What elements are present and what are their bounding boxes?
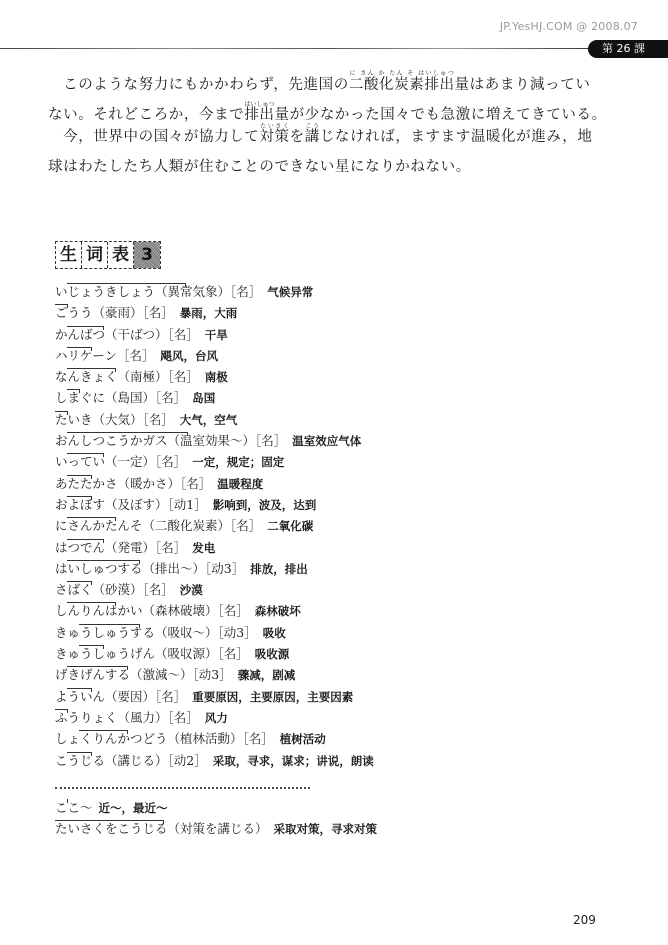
vocab-kanji: （大気） xyxy=(93,412,143,427)
vocab-part-of-speech: ［名］ xyxy=(168,369,199,384)
vocab-meaning: 森林破坏 xyxy=(255,604,301,618)
vocab-part-of-speech: ［名］ xyxy=(143,305,174,320)
vocab-part-of-speech: ［名］ xyxy=(230,518,261,533)
vocab-kanji: （砂漠） xyxy=(93,582,143,597)
pitch-accent-mark xyxy=(67,326,104,330)
vocab-reading: きゅうしゅうげん xyxy=(55,646,155,661)
paragraph-line: このような努力にもかかわらず，先進国の二酸化炭素排出に さん か たん そ はい… xyxy=(48,70,628,100)
pitch-accent-mark xyxy=(67,539,104,543)
pitch-accent-mark xyxy=(55,709,68,713)
vocab-entry: ふうりょく（風力）［名］风力 xyxy=(55,707,615,728)
pitch-accent-mark xyxy=(55,411,68,415)
pitch-accent-mark xyxy=(67,581,92,585)
vocab-part-of-speech: ［名］ xyxy=(155,454,186,469)
vocab-meaning: 南极 xyxy=(205,370,228,384)
vocab-list: いじょうきしょう（異常気象）［名］气候异常ごうう（豪雨）［名］暴雨，大雨かんばつ… xyxy=(55,281,615,771)
vocab-entry: げきげんする（激減～）［动3］骤减，剧减 xyxy=(55,664,615,685)
vocab-meaning: 采取，寻求，谋求；讲说，朗读 xyxy=(213,754,374,768)
vocab-title-char: 表 xyxy=(108,242,134,268)
vocab-meaning: 飓风，台风 xyxy=(161,349,219,363)
header-rule xyxy=(0,48,600,49)
vocab-entry: しょくりんかつどう（植林活動）［名］植树活动 xyxy=(55,728,615,749)
vocab-kanji: （一定） xyxy=(105,454,155,469)
vocab-entry: ごうう（豪雨）［名］暴雨，大雨 xyxy=(55,302,615,323)
pitch-accent-mark xyxy=(67,347,92,351)
vocab-meaning: 二氧化碳 xyxy=(267,519,313,533)
vocab-meaning: 风力 xyxy=(205,711,228,725)
vocab-part-of-speech: ［名］ xyxy=(218,646,249,661)
vocab-part-of-speech: ［名］ xyxy=(218,603,249,618)
pitch-accent-mark xyxy=(67,560,140,564)
pitch-accent-mark xyxy=(79,645,104,649)
vocab-part-of-speech: ［动3］ xyxy=(205,561,244,576)
vocab-entry: あたたかさ（暖かさ）［名］温暖程度 xyxy=(55,473,615,494)
vocab-kanji: （暖かさ） xyxy=(118,476,181,491)
vocab-kanji: （及ぼす） xyxy=(105,497,168,512)
pitch-accent-mark xyxy=(67,496,92,500)
vocab-meaning: 温暖程度 xyxy=(217,477,263,491)
vocab-meaning: 植树活动 xyxy=(280,732,326,746)
pitch-accent-mark xyxy=(67,602,116,606)
vocab-meaning: 骤减，剧减 xyxy=(238,668,296,682)
vocab-kanji: （二酸化炭素） xyxy=(143,518,231,533)
vocab-reading: ここ～ xyxy=(55,800,93,815)
pitch-accent-mark xyxy=(67,389,80,393)
vocab-meaning: 沙漠 xyxy=(180,583,203,597)
vocab-entry: たいき（大気）［名］大气，空气 xyxy=(55,409,615,430)
pitch-accent-mark xyxy=(55,820,164,824)
pitch-accent-mark xyxy=(67,453,104,457)
vocab-kanji: （排出～） xyxy=(143,561,206,576)
vocab-kanji: （発電） xyxy=(105,540,155,555)
paragraph-line: 球はわたしたち人類が住むことのできない星になりかねない。 xyxy=(48,152,628,182)
vocab-part-of-speech: ［名］ xyxy=(230,284,261,299)
vocab-entry: はいしゅつする（排出～）［动3］排放，排出 xyxy=(55,558,615,579)
pitch-accent-mark xyxy=(67,666,128,670)
vocab-kanji: （島国） xyxy=(105,390,155,405)
vocab-entry: ここ～近～，最近～ xyxy=(55,797,377,818)
paragraph-2: 今，世界中の国々が協力して対策たいさくを講こうじなければ，ますます温暖化が進み，… xyxy=(48,122,628,182)
vocab-meaning: 一定，规定；固定 xyxy=(192,455,284,469)
vocab-kanji: （講じる） xyxy=(105,753,168,768)
vocab-entry: しんりんはかい（森林破壊）［名］森林破坏 xyxy=(55,600,615,621)
vocab-part-of-speech: ［名］ xyxy=(155,689,186,704)
vocab-part-of-speech: ［名］ xyxy=(243,731,274,746)
vocab-part-of-speech: ［名］ xyxy=(255,433,286,448)
vocab-meaning: 干旱 xyxy=(205,328,228,342)
vocab-meaning: 大气，空气 xyxy=(180,413,238,427)
vocab-meaning: 温室效应气体 xyxy=(292,434,361,448)
vocab-meaning: 吸收源 xyxy=(255,647,290,661)
vocab-title-char: 词 xyxy=(82,242,108,268)
vocab-meaning: 近～，最近～ xyxy=(99,801,168,815)
vocab-part-of-speech: ［名］ xyxy=(155,390,186,405)
vocab-meaning: 排放，排出 xyxy=(250,562,308,576)
vocab-entry: なんきょく（南極）［名］南极 xyxy=(55,366,615,387)
vocab-part-of-speech: ［动3］ xyxy=(218,625,257,640)
pitch-accent-mark xyxy=(67,368,116,372)
vocab-entry: たいさくをこうじる（対策を講じる）采取对策，寻求对策 xyxy=(55,818,377,839)
vocab-meaning: 重要原因，主要原因，主要因素 xyxy=(192,690,353,704)
vocab-entry: さばく（砂漠）［名］沙漠 xyxy=(55,579,615,600)
vocab-kanji: （対策を講じる） xyxy=(168,821,268,836)
vocab-title-char: 生 xyxy=(56,242,82,268)
vocab-section-title: 生 词 表 3 xyxy=(55,241,161,269)
vocab-kanji: （南極） xyxy=(118,369,168,384)
vocab-part-of-speech: ［动1］ xyxy=(168,497,207,512)
vocab-entry: はつでん（発電）［名］发电 xyxy=(55,537,615,558)
vocab-meaning: 吸收 xyxy=(263,626,286,640)
vocab-kanji: （激減～） xyxy=(130,667,193,682)
lesson-tab: 第 26 課 xyxy=(588,40,668,58)
vocab-entry: きゅうしゅうげん（吸収源）［名］吸收源 xyxy=(55,643,615,664)
vocab-part-of-speech: ［动3］ xyxy=(193,667,232,682)
vocab-kanji: （吸収～） xyxy=(155,625,218,640)
vocab-meaning: 气候异常 xyxy=(267,285,313,299)
vocab-entry: おんしつこうかガス（温室効果～）［名］温室效应气体 xyxy=(55,430,615,451)
pitch-accent-mark xyxy=(67,752,92,756)
vocab-part-of-speech: ［名］ xyxy=(180,476,211,491)
vocab-kanji: （吸収源） xyxy=(155,646,218,661)
vocab-part-of-speech: ［名］ xyxy=(168,710,199,725)
vocab-entry: にさんかたんそ（二酸化炭素）［名］二氧化碳 xyxy=(55,515,615,536)
vocab-title-number: 3 xyxy=(134,242,160,268)
vocab-extra-list: ここ～近～，最近～たいさくをこうじる（対策を講じる）采取对策，寻求对策 xyxy=(55,797,377,840)
vocab-entry: ハリケーン［名］飓风，台风 xyxy=(55,345,615,366)
vocab-part-of-speech: ［名］ xyxy=(168,327,199,342)
vocab-meaning: 影响到，波及，达到 xyxy=(213,498,317,512)
vocab-kanji: （植林活動） xyxy=(168,731,243,746)
vocab-part-of-speech: ［名］ xyxy=(143,412,174,427)
paragraph-line: 今，世界中の国々が協力して対策たいさくを講こうじなければ，ますます温暖化が進み，… xyxy=(48,122,628,152)
vocab-entry: かんばつ（干ばつ）［名］干旱 xyxy=(55,324,615,345)
vocab-entry: いじょうきしょう（異常気象）［名］气候异常 xyxy=(55,281,615,302)
vocab-kanji: （要因） xyxy=(105,689,155,704)
vocab-meaning: 暴雨，大雨 xyxy=(180,306,238,320)
vocab-kanji: （森林破壊） xyxy=(143,603,218,618)
pitch-accent-mark xyxy=(67,475,92,479)
pitch-accent-mark xyxy=(79,624,140,628)
vocab-meaning: 岛国 xyxy=(192,391,215,405)
vocab-meaning: 发电 xyxy=(192,541,215,555)
vocab-part-of-speech: ［动2］ xyxy=(168,753,207,768)
vocab-reading: しまぐに xyxy=(55,390,105,405)
vocab-entry: およぼす（及ぼす）［动1］影响到，波及，达到 xyxy=(55,494,615,515)
vocab-entry: こうじる（講じる）［动2］采取，寻求，谋求；讲说，朗读 xyxy=(55,750,615,771)
watermark: JP.YesHJ.COM @ 2008.07 xyxy=(500,20,638,33)
vocab-entry: よういん（要因）［名］重要原因，主要原因，主要因素 xyxy=(55,686,615,707)
vocab-entry: いってい（一定）［名］一定，规定；固定 xyxy=(55,451,615,472)
vocab-part-of-speech: ［名］ xyxy=(155,540,186,555)
paragraph-1: このような努力にもかかわらず，先進国の二酸化炭素排出に さん か たん そ はい… xyxy=(48,70,628,130)
pitch-accent-mark xyxy=(67,799,68,803)
vocab-entry: しまぐに（島国）［名］岛国 xyxy=(55,387,615,408)
pitch-accent-mark xyxy=(79,730,128,734)
vocab-kanji: （干ばつ） xyxy=(105,327,168,342)
vocab-kanji: （豪雨） xyxy=(93,305,143,320)
vocab-kanji: （風力） xyxy=(118,710,168,725)
page-number: 209 xyxy=(573,913,596,927)
vocab-part-of-speech: ［名］ xyxy=(143,582,174,597)
pitch-accent-mark xyxy=(67,517,116,521)
vocab-meaning: 采取对策，寻求对策 xyxy=(274,822,378,836)
pitch-accent-mark xyxy=(67,432,188,436)
pitch-accent-mark xyxy=(67,688,92,692)
vocab-part-of-speech: ［名］ xyxy=(117,348,155,363)
dotted-separator xyxy=(55,787,310,789)
pitch-accent-mark xyxy=(55,304,68,308)
vocab-entry: きゅうしゅうする（吸収～）［动3］吸收 xyxy=(55,622,615,643)
pitch-accent-mark xyxy=(67,283,186,287)
